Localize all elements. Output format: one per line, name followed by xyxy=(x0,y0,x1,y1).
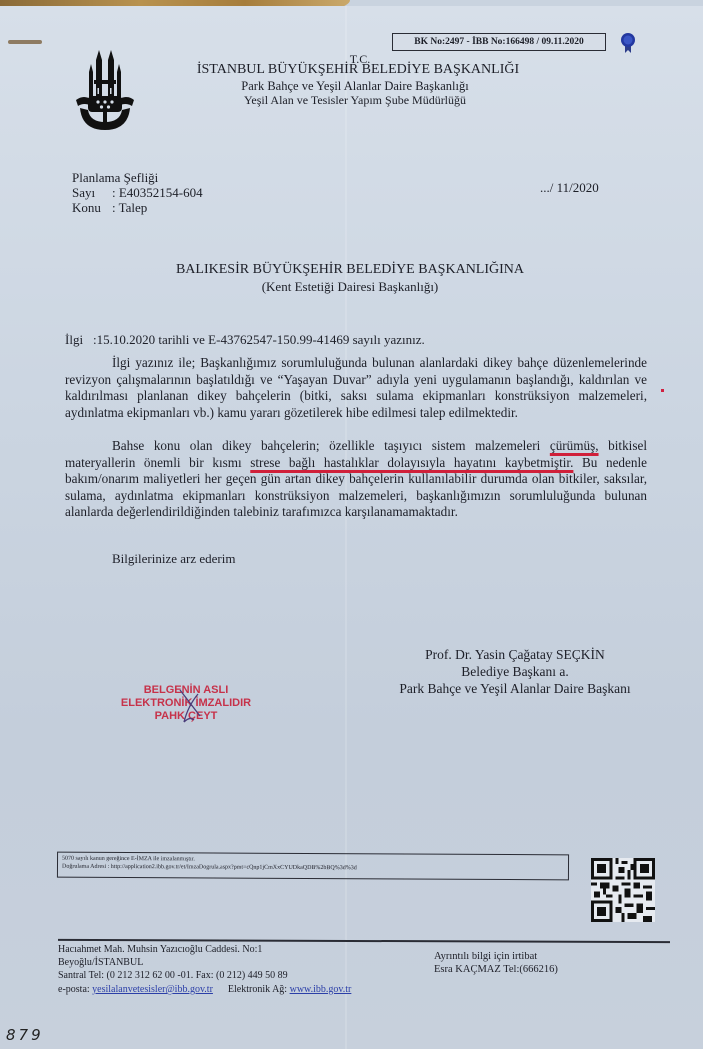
red-mark xyxy=(661,389,664,392)
handwritten-number: 879 xyxy=(6,1026,44,1044)
staple-mark xyxy=(8,40,42,44)
sayi-row: Sayı: E40352154-604 xyxy=(72,185,203,200)
institution-title: İSTANBUL BÜYÜKŞEHİR BELEDİYE BAŞKANLIĞI xyxy=(178,63,538,77)
handwritten-signature xyxy=(150,686,230,726)
ibb-mosque-logo-icon xyxy=(74,50,136,130)
footer-links: e-posta: yesilalanvetesisler@ibb.gov.tr … xyxy=(58,984,351,996)
email-link[interactable]: yesilalanvetesisler@ibb.gov.tr xyxy=(92,984,213,995)
ilgi-label: İlgi xyxy=(65,332,93,348)
signatory-title1: Belediye Başkanı a. xyxy=(350,663,680,680)
body-paragraph-2: Bahse konu olan dikey bahçelerin; özelli… xyxy=(65,438,647,521)
document-date: .../ 11/2020 xyxy=(540,180,599,196)
qr-code-icon[interactable] xyxy=(591,858,655,922)
paper-fold xyxy=(345,6,347,1049)
signatory-title2: Park Bahçe ve Yeşil Alanlar Daire Başkan… xyxy=(350,680,680,697)
sayi-label: Sayı xyxy=(72,185,112,200)
signatory-name: Prof. Dr. Yasin Çağatay SEÇKİN xyxy=(350,646,680,663)
contact-label: Ayrıntılı bilgi için irtibat xyxy=(434,950,537,963)
footer-divider xyxy=(58,939,670,943)
website-link[interactable]: www.ibb.gov.tr xyxy=(290,984,352,995)
recipient-line2: (Kent Estetiği Dairesi Başkanlığı) xyxy=(150,279,550,295)
footer-address2: Beyoğlu/İSTANBUL xyxy=(58,957,143,969)
closing-line: Bilgilerinize arz ederim xyxy=(112,551,235,567)
department-title: Park Bahçe ve Yeşil Alanlar Daire Başkan… xyxy=(205,79,505,93)
footer-phone: Santral Tel: (0 212 312 62 00 -01. Fax: … xyxy=(58,970,288,982)
unit-label: Planlama Şefliği xyxy=(72,170,158,185)
highlight-underline-2: strese bağlı hastalıklar dolayısıyla hay… xyxy=(250,455,573,470)
recipient-line1: BALIKESİR BÜYÜKŞEHİR BELEDİYE BAŞKANLIĞI… xyxy=(150,262,550,278)
ilgi-value: :15.10.2020 tarihli ve E-43762547-150.99… xyxy=(93,332,425,347)
reference-number-box: BK No:2497 - İBB No:166498 / 09.11.2020 xyxy=(392,33,606,51)
highlight-underline-1: çürümüş, xyxy=(550,438,599,453)
contact-person: Esra KAÇMAZ Tel:(666216) xyxy=(434,963,558,976)
sayi-value: : E40352154-604 xyxy=(112,185,203,200)
blue-rosette-seal-icon xyxy=(620,33,636,53)
footer-address1: Hacıahmet Mah. Muhsin Yazıcıoğlu Caddesi… xyxy=(58,944,262,956)
konu-row: Konu: Talep xyxy=(72,200,147,215)
body-paragraph-1: İlgi yazınız ile; Başkanlığımız sorumlul… xyxy=(65,355,647,421)
verification-link[interactable]: Doğrulama Adresi : http://application2.i… xyxy=(62,863,564,874)
konu-label: Konu xyxy=(72,200,112,215)
document-page: BK No:2497 - İBB No:166498 / 09.11.2020 … xyxy=(0,6,703,1049)
sub-department-title: Yeşil Alan ve Tesisler Yapım Şube Müdürl… xyxy=(205,93,505,107)
ilgi-row: İlgi:15.10.2020 tarihli ve E-43762547-15… xyxy=(65,332,425,348)
konu-value: : Talep xyxy=(112,200,147,215)
e-signature-box: 5070 sayılı kanun gereğince E-İMZA ile i… xyxy=(57,852,569,881)
